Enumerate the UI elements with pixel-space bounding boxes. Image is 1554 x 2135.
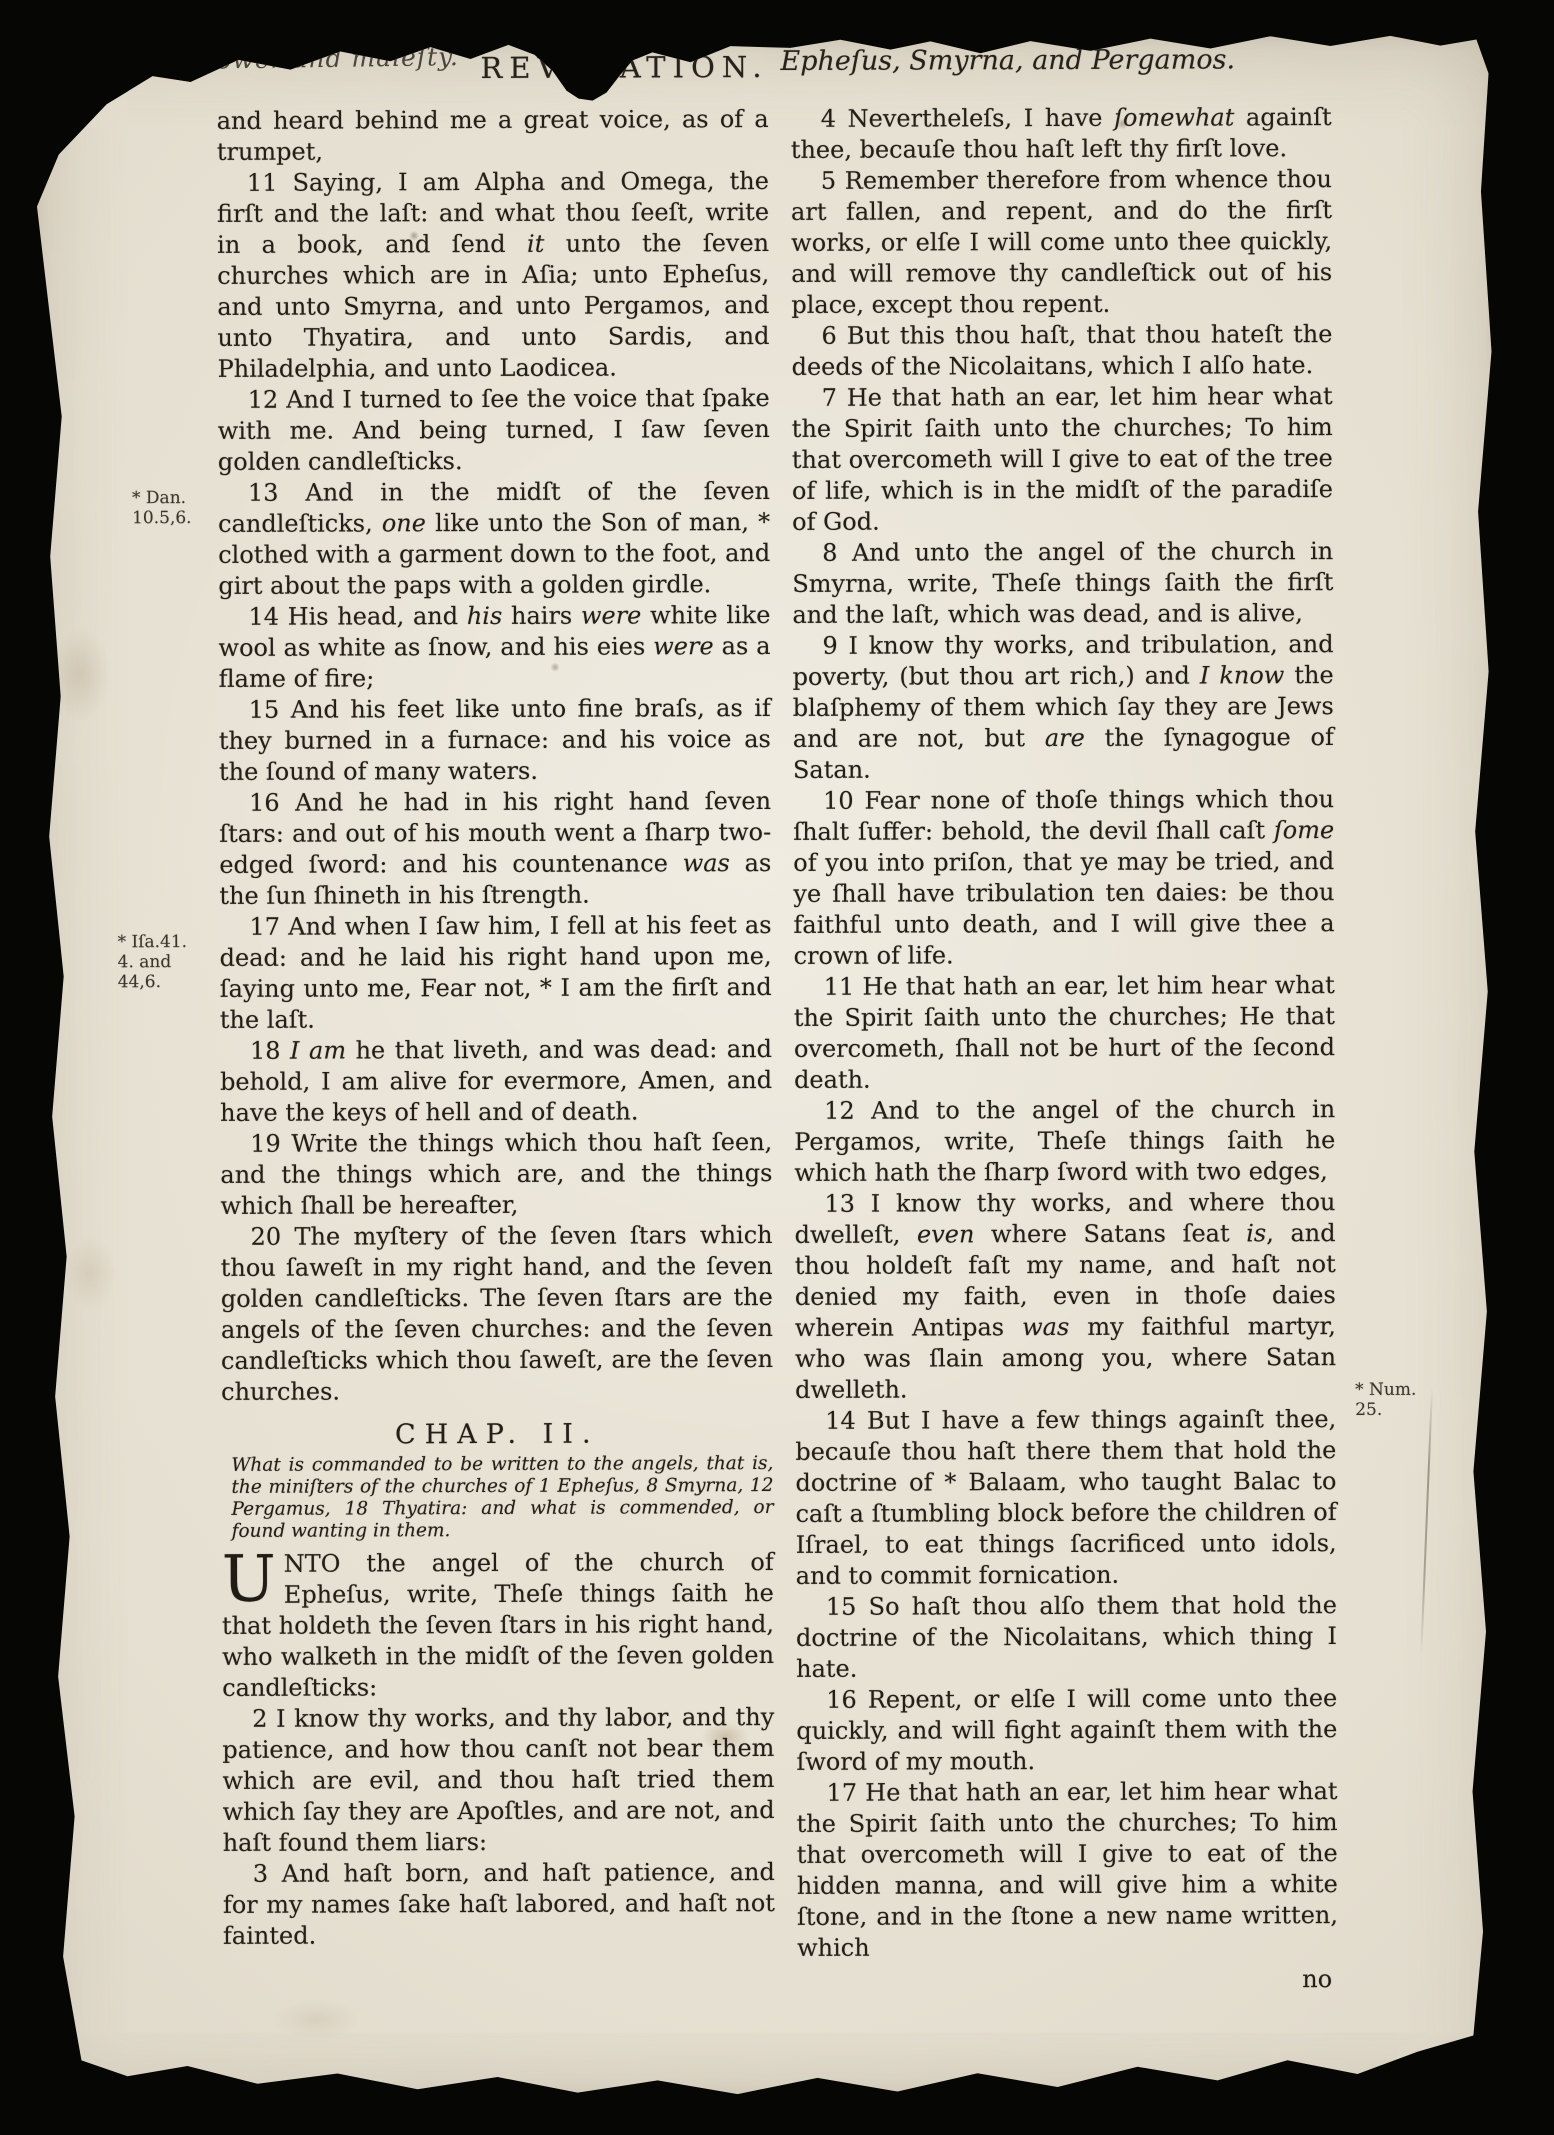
verse-paragraph: 18 I am he that liveth, and was dead: an… <box>220 1034 772 1129</box>
margin-note-num: * Num. 25. <box>1355 1380 1416 1420</box>
paper-crease <box>1420 1388 1433 1656</box>
verse-paragraph: 7 He that hath an ear, let him hear what… <box>792 381 1334 538</box>
text-column-left: and heard behind me a great voice, as of… <box>217 104 776 1999</box>
scan-backdrop: ſes power and maieſty. REVELATION. Epheſ… <box>0 0 1554 2135</box>
verse-paragraph: 5 Remember therefore from whence thou ar… <box>791 164 1333 321</box>
page-paper: ſes power and maieſty. REVELATION. Epheſ… <box>28 31 1507 2104</box>
verse-paragraph: 17 He that hath an ear, let him hear wha… <box>796 1776 1338 1964</box>
text-block: and heard behind me a great voice, as of… <box>217 102 1339 1999</box>
verse-paragraph: 8 And unto the angel of the church in Sm… <box>792 536 1333 631</box>
verse-paragraph: 19 Write the things which thou haſt ſeen… <box>220 1127 772 1222</box>
verse-paragraph: 15 So haſt thou alſo them that hold the … <box>796 1590 1337 1685</box>
paper-stain <box>63 1236 117 1310</box>
text-column-right: 4 Nevertheleſs, I have ſomewhat againſt … <box>791 102 1339 1997</box>
verse-paragraph: 14 But I have a few things againſt thee,… <box>795 1404 1337 1592</box>
verse-paragraph: 16 And he had in his right hand ſeven ſt… <box>219 786 771 912</box>
verse-paragraph: 10 Fear none of thoſe things which thou … <box>793 784 1335 972</box>
verse-continuation: and heard behind me a great voice, as of… <box>217 104 769 168</box>
catchword: no <box>797 1964 1338 1997</box>
paper-stain <box>48 626 110 722</box>
verse-paragraph: 4 Nevertheleſs, I have ſomewhat againſt … <box>791 102 1332 166</box>
verse-paragraph: 13 And in the midſt of the ſeven candleſ… <box>218 476 770 602</box>
verse-paragraph: 14 His head, and his hairs were white li… <box>218 600 770 695</box>
margin-note-isa: * Iſa.41. 4. and 44,6. <box>118 932 188 992</box>
verse-paragraph: 16 Repent, or elſe I will come unto thee… <box>796 1683 1337 1778</box>
verse-paragraph: UNTO the angel of the church of Epheſus,… <box>222 1547 775 1704</box>
running-head-place: Epheſus, Smyrna, and Pergamos. <box>780 44 1235 77</box>
verse-paragraph: 12 And I turned to ſee the voice that ſp… <box>218 383 770 478</box>
running-head-title: REVELATION. <box>480 50 768 85</box>
verse-paragraph: 20 The myſtery of the ſeven ſtars which … <box>221 1220 774 1408</box>
verse-paragraph: 11 Saying, I am Alpha and Omega, the fir… <box>217 166 770 385</box>
verse-paragraph: 6 But this thou haſt, that thou hateſt t… <box>791 319 1332 383</box>
chapter-summary: What is commanded to be written to the a… <box>231 1453 773 1543</box>
verse-paragraph: 9 I know thy works, and tribulation, and… <box>792 629 1334 786</box>
verse-paragraph: 15 And his feet like unto fine braſs, as… <box>219 693 771 788</box>
paper-stain <box>271 1999 361 2039</box>
verse-paragraph: 12 And to the angel of the church in Per… <box>794 1094 1335 1189</box>
margin-note-dan: * Dan. 10.5,6. <box>132 488 192 528</box>
verse-paragraph: 11 He that hath an ear, let him hear wha… <box>794 970 1335 1096</box>
verse-paragraph: 13 I know thy works, and where thou dwel… <box>794 1187 1336 1406</box>
chapter-heading: CHAP. II. <box>221 1418 773 1451</box>
verse-paragraph: 17 And when I ſaw him, I fell at his fee… <box>219 910 771 1036</box>
verse-paragraph: 3 And haſt born, and haſt patience, and … <box>223 1857 775 1952</box>
verse-paragraph: 2 I know thy works, and thy labor, and t… <box>222 1702 775 1859</box>
drop-cap: U <box>222 1549 284 1606</box>
